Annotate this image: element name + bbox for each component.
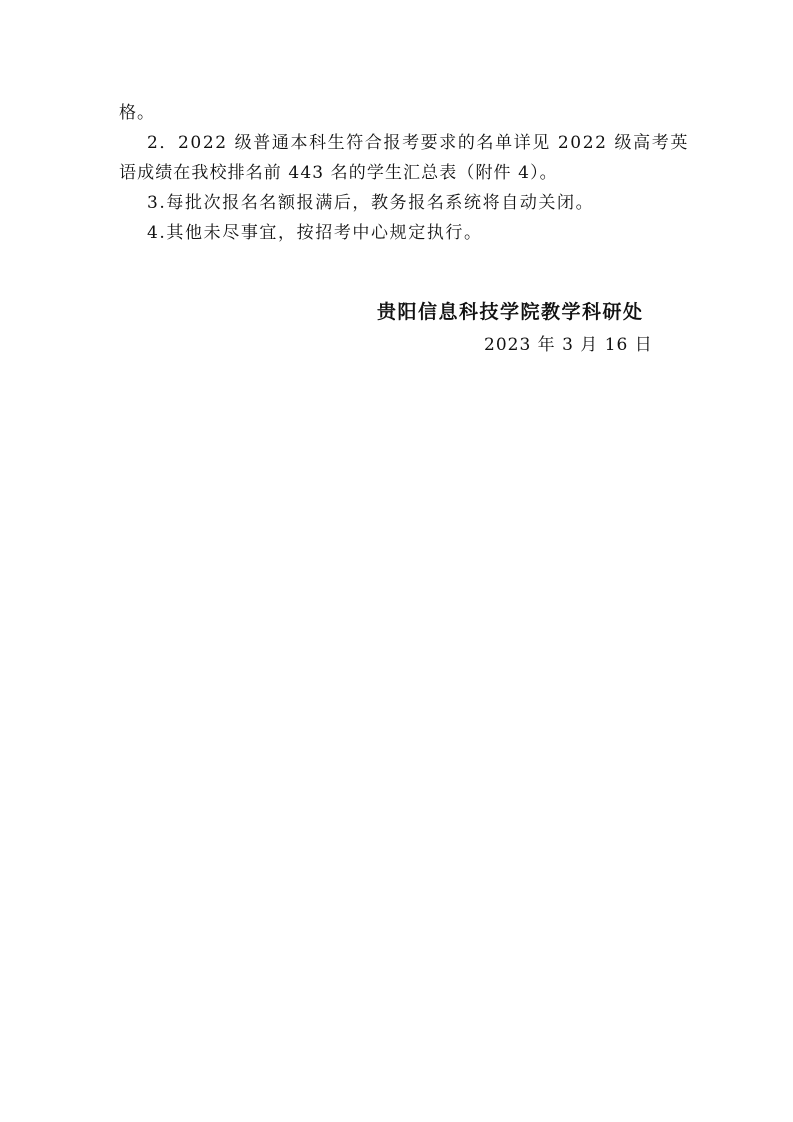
paragraph-item-2-line-1: 2．2022 级普通本科生符合报考要求的名单详见 2022 级高考英: [147, 128, 689, 153]
paragraph-item-2-line-2: 语成绩在我校排名前 443 名的学生汇总表（附件 4）。: [119, 158, 558, 183]
paragraph-item-4: 4.其他未尽事宜，按招考中心规定执行。: [147, 218, 483, 243]
signature-organization: 贵阳信息科技学院教学科研处: [377, 297, 644, 324]
paragraph-continuation: 格。: [119, 98, 155, 123]
signature-date: 2023 年 3 月 16 日: [484, 330, 653, 355]
paragraph-item-3: 3.每批次报名名额报满后，教务报名系统将自动关闭。: [147, 188, 594, 213]
